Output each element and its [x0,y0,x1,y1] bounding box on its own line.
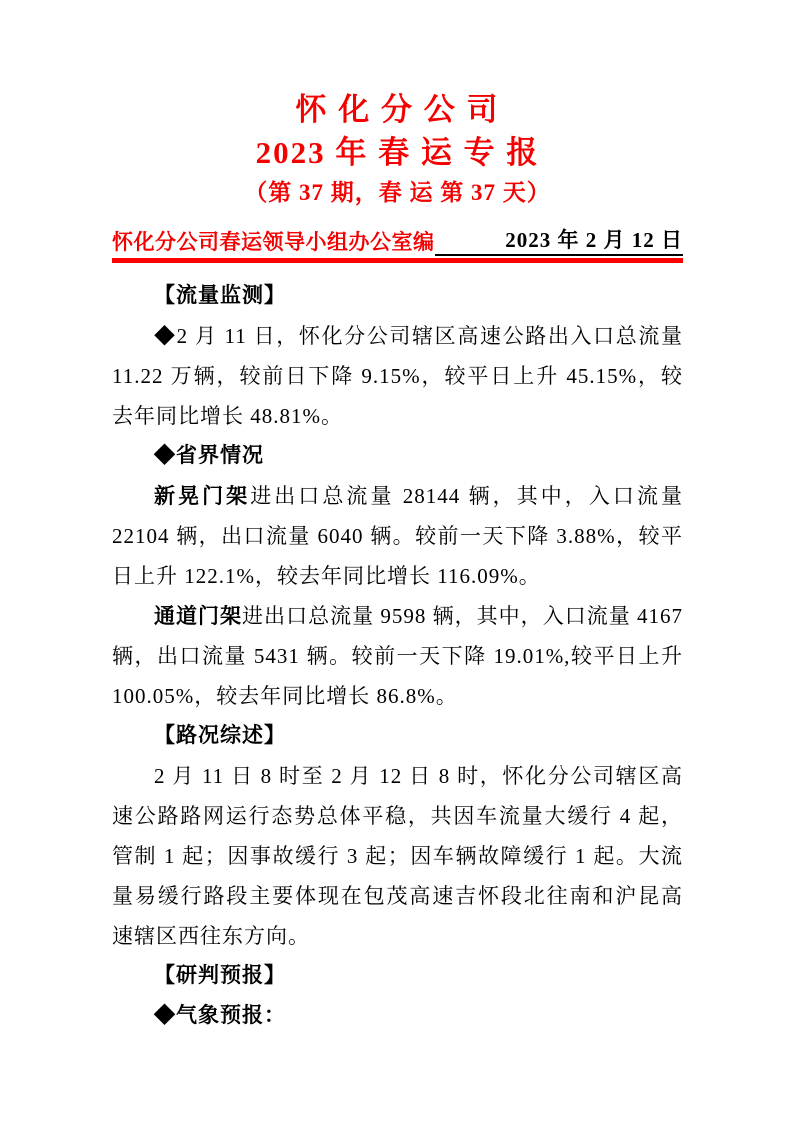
body-paragraph: 新晃门架进出口总流量 28144 辆，其中，入口流量 22104 辆，出口流量 … [112,476,683,596]
paragraph-text: 2 月 11 日 8 时至 2 月 12 日 8 时，怀化分公司辖区高速公路路网… [112,764,683,948]
paragraph-text: ◆2 月 11 日，怀化分公司辖区高速公路出入口总流量 11.22 万辆，较前日… [112,324,683,428]
masthead-editor: 怀化分公司春运领导小组办公室编 [112,229,435,256]
body-paragraph: ◆2 月 11 日，怀化分公司辖区高速公路出入口总流量 11.22 万辆，较前日… [112,316,683,436]
body-paragraph: 2 月 11 日 8 时至 2 月 12 日 8 时，怀化分公司辖区高速公路路网… [112,756,683,956]
section-heading: 【路况综述】 [112,716,683,756]
section-heading-text: 【流量监测】 [154,284,286,307]
section-heading: 【流量监测】 [112,276,683,316]
section-heading-text: ◆省界情况 [154,444,264,467]
paragraph-lead: 新晃门架 [154,484,250,508]
issue-subtitle: （第 37 期，春 运 第 37 天） [112,174,683,211]
masthead-date: 2023 年 2 月 12 日 [435,227,684,256]
masthead-row: 怀化分公司春运领导小组办公室编 2023 年 2 月 12 日 [112,227,683,256]
document-title-line2: 2023 年 春 运 专 报 [112,132,683,174]
section-heading: ◆气象预报： [112,996,683,1036]
section-heading-text: 【研判预报】 [154,964,286,987]
section-heading: 【研判预报】 [112,956,683,996]
section-heading: ◆省界情况 [112,436,683,476]
red-divider-rule [112,258,683,263]
section-heading-text: 【路况综述】 [154,724,286,747]
section-heading-text: ◆气象预报： [154,1004,286,1027]
paragraph-lead: 通道门架 [154,604,242,628]
body-paragraph: 通道门架进出口总流量 9598 辆，其中，入口流量 4167 辆，出口流量 54… [112,596,683,716]
document-title-line1: 怀 化 分 公 司 [112,0,683,132]
document-page: 怀 化 分 公 司 2023 年 春 运 专 报 （第 37 期，春 运 第 3… [0,0,793,1122]
document-body: 【流量监测】◆2 月 11 日，怀化分公司辖区高速公路出入口总流量 11.22 … [112,276,683,1036]
